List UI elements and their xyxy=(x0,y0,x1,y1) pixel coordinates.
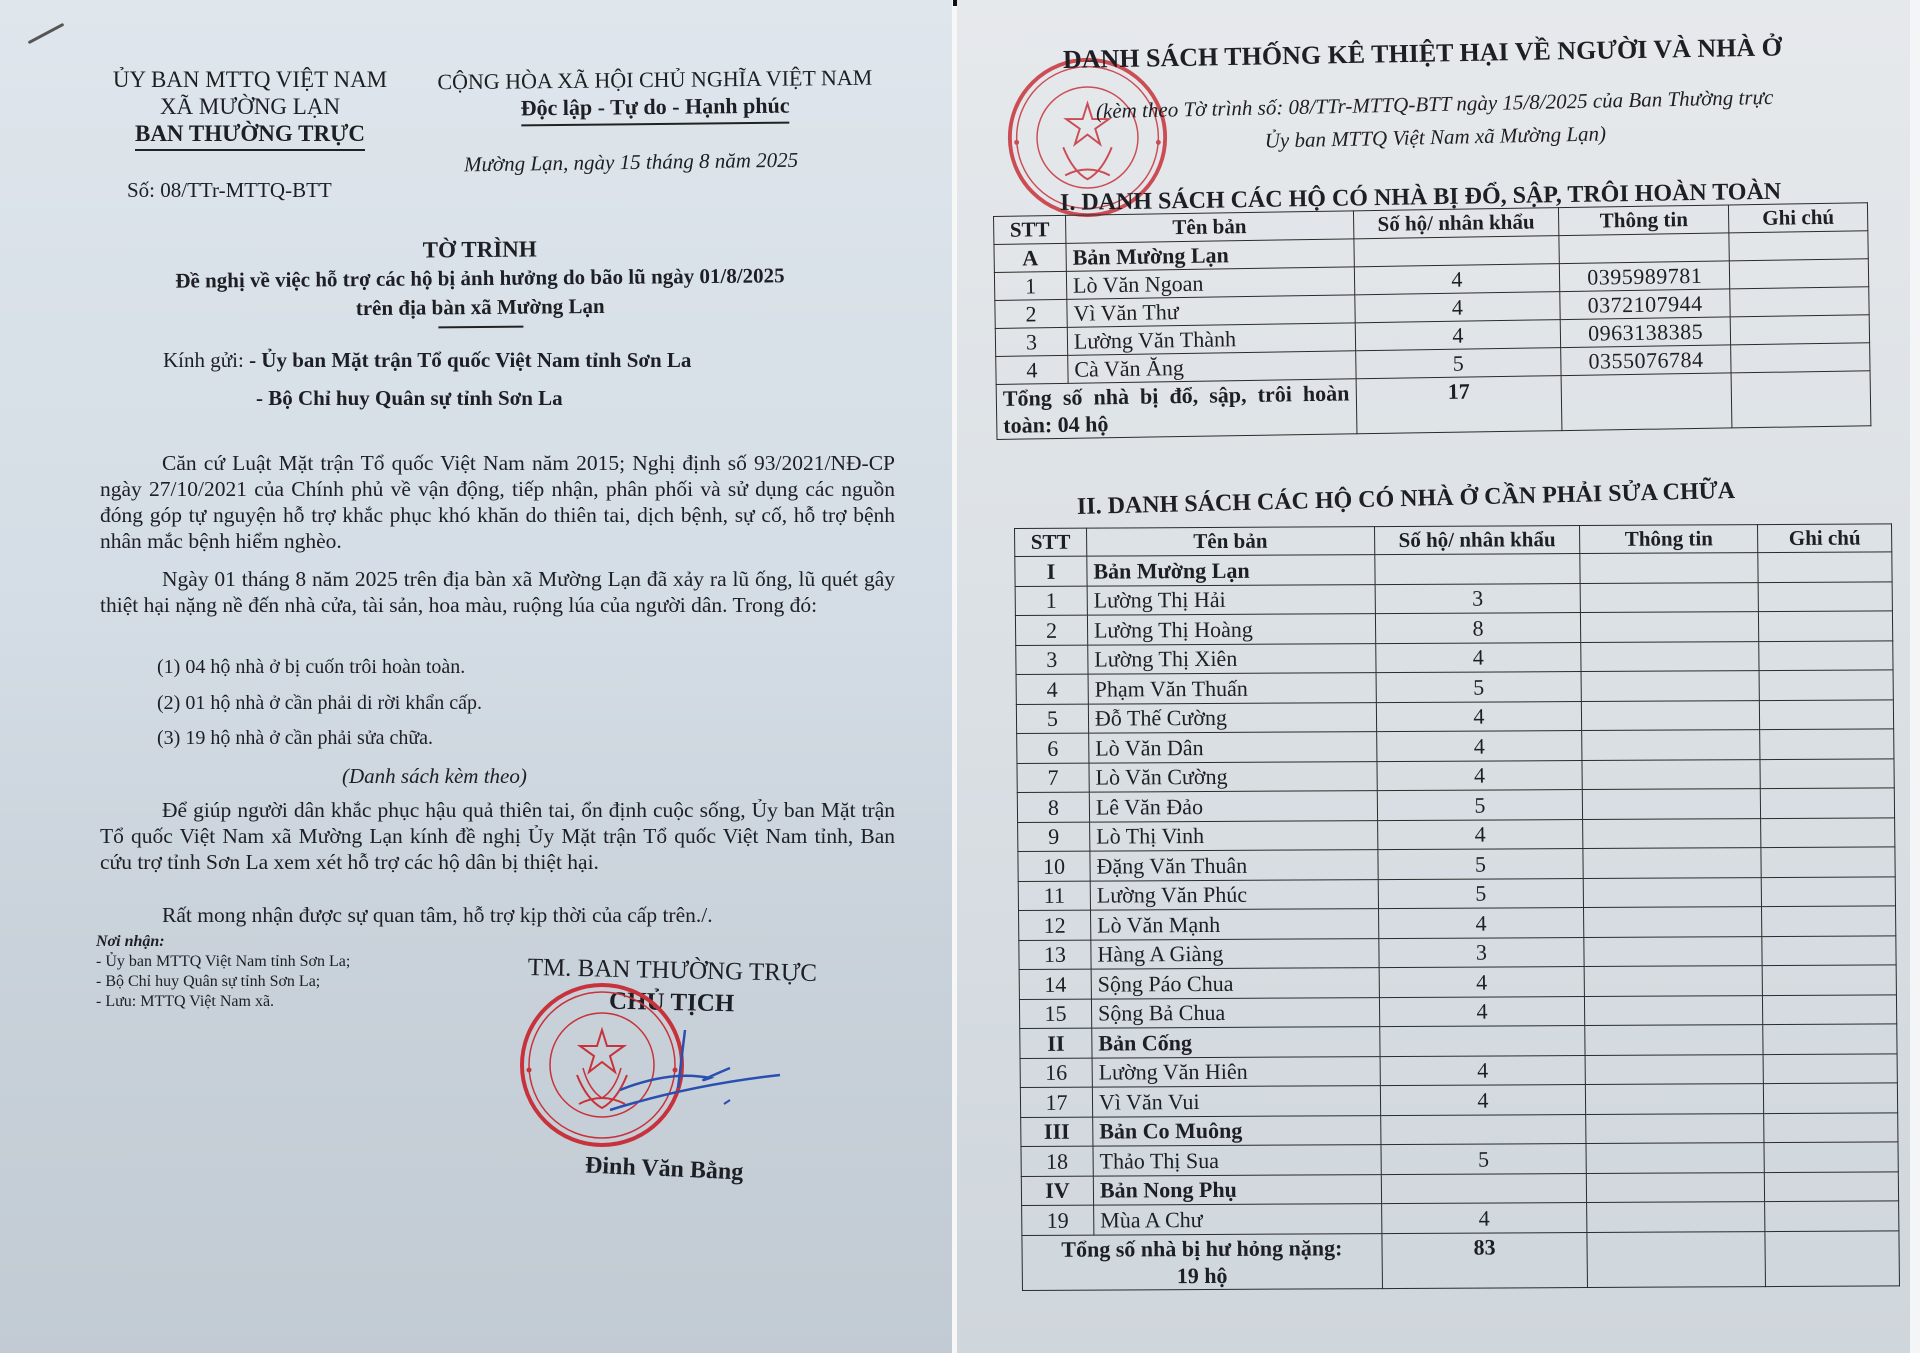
group-row: IIIBản Co Muông xyxy=(1021,1112,1898,1146)
signer-name: Đinh Văn Bằng xyxy=(584,1153,743,1187)
paragraph-event: Ngày 01 tháng 8 năm 2025 trên địa bàn xã… xyxy=(100,566,895,618)
member-count: 4 xyxy=(1378,908,1584,939)
note xyxy=(1759,640,1893,670)
household-name: Lường Thị Hải xyxy=(1087,584,1375,615)
distribution-label: Nơi nhận: xyxy=(96,932,350,952)
recipients-heading: Kính gửi: xyxy=(163,348,244,372)
contact-info: 0372107944 xyxy=(1560,289,1730,320)
household-name: Bản Nong Phụ xyxy=(1093,1174,1381,1205)
table-row: 10Đặng Văn Thuân5 xyxy=(1018,847,1895,881)
table-row: 13Hàng A Giàng3 xyxy=(1019,935,1896,969)
member-count: 5 xyxy=(1381,1144,1587,1175)
issuer-line-3: BAN THƯỜNG TRỰC xyxy=(135,120,365,151)
household-name: Lò Văn Cường xyxy=(1089,761,1377,792)
contact-info xyxy=(1582,700,1760,730)
member-count xyxy=(1380,1114,1586,1145)
contact-info xyxy=(1587,1202,1765,1232)
row-number: I xyxy=(1015,556,1087,586)
member-count: 8 xyxy=(1375,613,1581,644)
repair-houses-table: STT Tên bản Số hộ/ nhân khẩu Thông tin G… xyxy=(1014,523,1900,1290)
member-count: 5 xyxy=(1377,849,1583,880)
table-row: 9Lò Thị Vinh4 xyxy=(1018,817,1895,851)
table-row: 12Lò Văn Mạnh4 xyxy=(1019,906,1896,940)
contact-info xyxy=(1586,1143,1764,1173)
contact-info xyxy=(1583,848,1761,878)
household-name: Lường Thị Hoàng xyxy=(1087,614,1375,645)
row-number: A xyxy=(994,243,1066,272)
note xyxy=(1761,817,1895,847)
national-title: CỘNG HÒA XÃ HỘI CHỦ NGHĨA VIỆT NAM xyxy=(420,64,890,96)
household-name: Vì Văn Thư xyxy=(1067,295,1355,328)
row-number: III xyxy=(1021,1117,1093,1147)
note xyxy=(1765,1201,1899,1231)
household-name: Lò Văn Mạnh xyxy=(1090,909,1378,940)
note xyxy=(1758,581,1892,611)
empty-cell xyxy=(1765,1230,1899,1286)
member-count: 5 xyxy=(1376,672,1582,703)
household-name: Lê Văn Đảo xyxy=(1089,791,1377,822)
table-row: 15Sộng Bả Chua4 xyxy=(1019,994,1896,1028)
row-number: 9 xyxy=(1018,822,1090,852)
event-text: Ngày 01 tháng 8 năm 2025 trên địa bàn xã… xyxy=(100,567,895,617)
table-row: 16Lường Văn Hiên4 xyxy=(1020,1053,1897,1087)
group-row: IBản Mường Lạn xyxy=(1015,552,1892,586)
row-number: 12 xyxy=(1019,910,1091,940)
row-number: 7 xyxy=(1017,763,1089,793)
household-name: Bản Mường Lạn xyxy=(1066,239,1354,272)
contact-info: 0395989781 xyxy=(1560,261,1730,292)
contact-info xyxy=(1583,818,1761,848)
table-row: 18Thảo Thị Sua5 xyxy=(1021,1142,1898,1176)
row-number: IV xyxy=(1021,1176,1093,1206)
row-number: 17 xyxy=(1020,1087,1092,1117)
recipient-1: - Ủy ban Mặt trận Tổ quốc Việt Nam tỉnh … xyxy=(249,348,691,372)
member-count: 4 xyxy=(1381,1203,1587,1234)
note xyxy=(1764,1171,1898,1201)
household-name: Đặng Văn Thuân xyxy=(1090,850,1378,881)
row-number: 13 xyxy=(1019,940,1091,970)
destroyed-houses-table: STT Tên bản Số hộ/ nhân khẩu Thông tin G… xyxy=(993,202,1871,440)
column-header: STT xyxy=(1015,528,1087,556)
contact-info xyxy=(1585,1054,1763,1084)
document-number: Số: 08/TTr-MTTQ-BTT xyxy=(127,178,332,203)
issuer-line-2: XÃ MƯỜNG LẠN xyxy=(100,93,400,120)
row-number: 3 xyxy=(1016,645,1088,675)
note xyxy=(1760,788,1894,818)
member-count: 4 xyxy=(1376,731,1582,762)
household-name: Sộng Páo Chua xyxy=(1091,968,1379,999)
contact-info xyxy=(1583,789,1761,819)
note xyxy=(1761,847,1895,877)
member-count: 4 xyxy=(1376,701,1582,732)
member-count: 4 xyxy=(1379,967,1585,998)
note xyxy=(1729,259,1868,289)
household-name: Vì Văn Vui xyxy=(1092,1086,1380,1117)
column-header: Tên bản xyxy=(1065,211,1353,244)
member-count: 5 xyxy=(1378,878,1584,909)
member-count xyxy=(1374,554,1580,585)
contact-info xyxy=(1584,877,1762,907)
row-number: 16 xyxy=(1020,1058,1092,1088)
recipient-2-line: - Bộ Chỉ huy Quân sự tỉnh Sơn La xyxy=(256,386,563,411)
table-row: 14Sộng Páo Chua4 xyxy=(1019,965,1896,999)
note xyxy=(1763,994,1897,1024)
contact-info xyxy=(1586,1113,1764,1143)
contact-info xyxy=(1584,936,1762,966)
household-name: Đỗ Thế Cường xyxy=(1088,702,1376,733)
household-name: Lường Thị Xiên xyxy=(1088,643,1376,674)
member-count: 4 xyxy=(1355,320,1561,351)
damage-item-3: (3) 19 hộ nhà ở cần phải sửa chữa. xyxy=(157,727,433,750)
household-name: Mùa A Chư xyxy=(1094,1204,1382,1235)
member-count: 4 xyxy=(1354,292,1560,323)
total-value: 17 xyxy=(1356,376,1563,434)
household-name: Bản Mường Lạn xyxy=(1087,555,1375,586)
member-count: 5 xyxy=(1355,348,1561,379)
household-name: Thảo Thị Sua xyxy=(1093,1145,1381,1176)
member-count: 4 xyxy=(1375,642,1581,673)
contact-info xyxy=(1559,233,1729,264)
note xyxy=(1763,1053,1897,1083)
contact-info xyxy=(1586,1084,1764,1114)
note xyxy=(1759,699,1893,729)
contact-info xyxy=(1587,1172,1765,1202)
row-number: 4 xyxy=(996,355,1068,384)
group-row: IVBản Nong Phụ xyxy=(1021,1171,1898,1205)
row-number: 1 xyxy=(994,271,1066,300)
damage-item-2: (2) 01 hộ nhà ở cần phải di rời khẩn cấp… xyxy=(157,692,482,715)
note xyxy=(1761,876,1895,906)
row-number: 1 xyxy=(1015,586,1087,616)
row-number: 4 xyxy=(1016,674,1088,704)
household-name: Lường Văn Thành xyxy=(1067,323,1355,356)
member-count: 3 xyxy=(1378,937,1584,968)
contact-info xyxy=(1582,759,1760,789)
note xyxy=(1762,935,1896,965)
row-number: 6 xyxy=(1017,733,1089,763)
note xyxy=(1759,611,1893,641)
contact-info xyxy=(1580,553,1758,583)
contact-info xyxy=(1584,907,1762,937)
member-count: 3 xyxy=(1375,583,1581,614)
note xyxy=(1730,287,1869,317)
column-header: Ghi chú xyxy=(1729,203,1868,233)
note xyxy=(1758,552,1892,582)
contact-info xyxy=(1580,582,1758,612)
note xyxy=(1762,965,1896,995)
note xyxy=(1763,1083,1897,1113)
contact-info xyxy=(1581,612,1759,642)
household-name: Sộng Bả Chua xyxy=(1091,997,1379,1028)
row-number: 19 xyxy=(1022,1205,1094,1235)
national-header: CỘNG HÒA XÃ HỘI CHỦ NGHĨA VIỆT NAM Độc l… xyxy=(420,64,891,128)
proposal-document-page: ỦY BAN MTTQ VIỆT NAM XÃ MƯỜNG LẠN BAN TH… xyxy=(0,0,952,1353)
contact-info xyxy=(1585,995,1763,1025)
table-row: 8Lê Văn Đảo5 xyxy=(1017,788,1894,822)
paragraph-legal-basis: Căn cứ Luật Mặt trận Tổ quốc Việt Nam nă… xyxy=(100,450,895,554)
contact-info xyxy=(1585,1025,1763,1055)
household-name: Hàng A Giàng xyxy=(1091,938,1379,969)
document-title-block: TỜ TRÌNH Đề nghị về việc hỗ trợ các hộ b… xyxy=(100,233,861,332)
request-text: Để giúp người dân khắc phục hậu quả thiê… xyxy=(100,798,895,874)
household-name: Lò Thị Vinh xyxy=(1090,820,1378,851)
total-label-line-1: Tổng số nhà bị hư hỏng nặng: xyxy=(1028,1234,1375,1263)
distribution-item: - Bộ Chỉ huy Quân sự tỉnh Sơn La; xyxy=(96,972,350,992)
table-row: 17Vì Văn Vui4 xyxy=(1020,1083,1897,1117)
member-count: 4 xyxy=(1380,1085,1586,1116)
paragraph-closing: Rất mong nhận được sự quan tâm, hỗ trợ k… xyxy=(100,902,895,928)
table-row: 7Lò Văn Cường4 xyxy=(1017,758,1894,792)
row-number: 18 xyxy=(1021,1146,1093,1176)
column-header: Số hộ/ nhân khẩu xyxy=(1374,526,1580,555)
note xyxy=(1760,758,1894,788)
row-number: 2 xyxy=(1015,615,1087,645)
member-count xyxy=(1381,1173,1587,1204)
note xyxy=(1764,1112,1898,1142)
member-count: 4 xyxy=(1354,264,1560,295)
distribution-item: - Lưu: MTTQ Việt Nam xã. xyxy=(96,992,350,1012)
row-number: 14 xyxy=(1019,969,1091,999)
contact-info xyxy=(1584,966,1762,996)
row-number: 11 xyxy=(1018,881,1090,911)
column-header: Thông tin xyxy=(1580,525,1758,554)
table-row: 6Lò Văn Dân4 xyxy=(1017,729,1894,763)
household-name: Bản Cống xyxy=(1092,1027,1380,1058)
member-count xyxy=(1379,1026,1585,1057)
note xyxy=(1764,1142,1898,1172)
contact-info xyxy=(1581,671,1759,701)
household-name: Lường Văn Hiên xyxy=(1092,1056,1380,1087)
row-number: 2 xyxy=(995,299,1067,328)
member-count: 4 xyxy=(1377,819,1583,850)
row-number: II xyxy=(1020,1028,1092,1058)
note xyxy=(1763,1024,1897,1054)
column-header: Ghi chú xyxy=(1758,524,1892,553)
issuer-header: ỦY BAN MTTQ VIỆT NAM XÃ MƯỜNG LẠN BAN TH… xyxy=(100,66,400,151)
distribution-item: - Ủy ban MTTQ Việt Nam tỉnh Sơn La; xyxy=(96,952,350,972)
attached-list-note: (Danh sách kèm theo) xyxy=(342,764,527,789)
contact-info: 0355076784 xyxy=(1561,345,1731,376)
household-name: Bản Co Muông xyxy=(1093,1115,1381,1146)
closing-text: Rất mong nhận được sự quan tâm, hỗ trợ k… xyxy=(162,903,713,927)
member-count: 5 xyxy=(1377,790,1583,821)
row-number: 15 xyxy=(1019,999,1091,1029)
total-label: Tổng số nhà bị hư hỏng nặng:19 hộ xyxy=(1022,1233,1382,1290)
column-header: STT xyxy=(994,215,1066,244)
row-number: 5 xyxy=(1016,704,1088,734)
national-motto: Độc lập - Tự do - Hạnh phúc xyxy=(521,92,790,127)
group-row: IIBản Cống xyxy=(1020,1024,1897,1058)
member-count: 4 xyxy=(1377,760,1583,791)
note xyxy=(1762,906,1896,936)
table-row: 2Lường Thị Hoàng8 xyxy=(1015,611,1892,645)
total-value: 83 xyxy=(1381,1232,1587,1288)
table-row: 4Phạm Văn Thuấn5 xyxy=(1016,670,1893,704)
household-name: Lường Văn Phúc xyxy=(1090,879,1378,910)
paragraph-request: Để giúp người dân khắc phục hậu quả thiê… xyxy=(100,797,895,875)
column-header: Số hộ/ nhân khẩu xyxy=(1353,208,1559,239)
issuer-line-1: ỦY BAN MTTQ VIỆT NAM xyxy=(100,66,400,93)
household-name: Phạm Văn Thuấn xyxy=(1088,673,1376,704)
row-number: 10 xyxy=(1018,851,1090,881)
note xyxy=(1759,670,1893,700)
table-row: 19Mùa A Chư4 xyxy=(1022,1201,1899,1235)
table-row: 11Lường Văn Phúc5 xyxy=(1018,876,1895,910)
row-number: 8 xyxy=(1017,792,1089,822)
table-row: 1Lường Thị Hải3 xyxy=(1015,581,1892,615)
table-row: 3Lường Thị Xiên4 xyxy=(1016,640,1893,674)
column-header: Thông tin xyxy=(1559,205,1729,236)
note xyxy=(1760,729,1894,759)
empty-cell xyxy=(1731,371,1871,428)
stray-pen-mark xyxy=(28,23,65,44)
recipient-2: - Bộ Chỉ huy Quân sự tỉnh Sơn La xyxy=(256,386,563,410)
distribution-list: Nơi nhận: - Ủy ban MTTQ Việt Nam tỉnh Sơ… xyxy=(96,932,350,1012)
place-date: Mường Lạn, ngày 15 tháng 8 năm 2025 xyxy=(464,148,798,178)
handwritten-signature xyxy=(600,1030,800,1145)
household-name: Lò Văn Ngoan xyxy=(1066,267,1354,300)
title-underline xyxy=(438,326,523,329)
contact-info xyxy=(1581,641,1759,671)
member-count: 4 xyxy=(1379,996,1585,1027)
column-header: Tên bản xyxy=(1086,527,1374,557)
total-label: Tổng số nhà bị đổ, sập, trôi hoàn toàn: … xyxy=(996,379,1356,440)
note xyxy=(1729,231,1868,261)
note xyxy=(1731,343,1870,373)
member-count: 4 xyxy=(1380,1055,1586,1086)
table-row: 5Đỗ Thế Cường4 xyxy=(1016,699,1893,733)
legal-basis-text: Căn cứ Luật Mặt trận Tổ quốc Việt Nam nă… xyxy=(100,451,895,553)
total-label-line-2: 19 hộ xyxy=(1029,1261,1376,1290)
total-row: Tổng số nhà bị hư hỏng nặng:19 hộ83 xyxy=(1022,1230,1900,1290)
row-number: 3 xyxy=(995,327,1067,356)
contact-info: 0963138385 xyxy=(1560,317,1730,348)
recipients-block: Kính gửi: - Ủy ban Mặt trận Tổ quốc Việt… xyxy=(163,348,691,373)
household-name: Cà Văn Ăng xyxy=(1068,351,1356,384)
household-name: Lò Văn Dân xyxy=(1089,732,1377,763)
note xyxy=(1730,315,1869,345)
contact-info xyxy=(1582,730,1760,760)
member-count xyxy=(1353,236,1559,267)
damage-item-1: (1) 04 hộ nhà ở bị cuốn trôi hoàn toàn. xyxy=(157,656,465,679)
